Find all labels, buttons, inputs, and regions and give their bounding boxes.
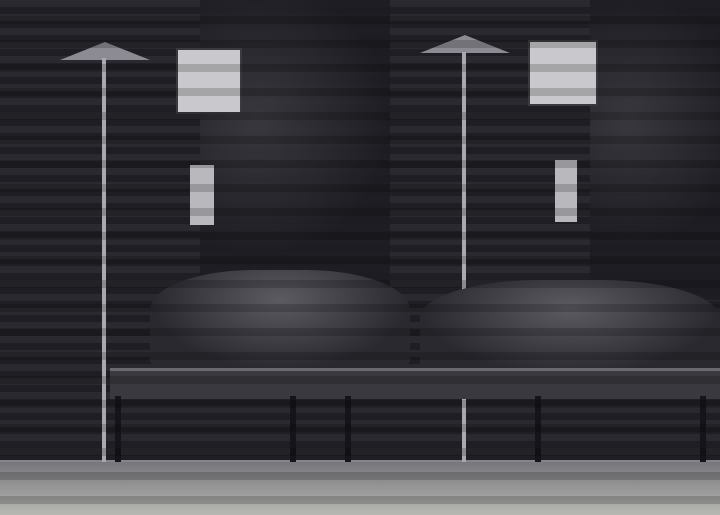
- table-leg: [700, 396, 706, 471]
- notice-paper-left: [190, 165, 214, 225]
- table-leg: [115, 396, 121, 466]
- lamp-shade-right: [420, 35, 510, 53]
- foliage-left: [200, 0, 390, 300]
- seated-people-right: [420, 280, 720, 375]
- notice-paper-right: [555, 160, 577, 222]
- right-sign: [528, 40, 598, 106]
- pole-left: [102, 58, 106, 468]
- foliage-right: [590, 0, 720, 300]
- left-sign: [176, 48, 242, 114]
- seated-people-left: [150, 270, 410, 370]
- ground: [0, 462, 720, 515]
- table-leg: [535, 396, 541, 466]
- photo-scene: [0, 0, 720, 515]
- pole-right: [462, 52, 466, 467]
- long-table: [110, 368, 720, 399]
